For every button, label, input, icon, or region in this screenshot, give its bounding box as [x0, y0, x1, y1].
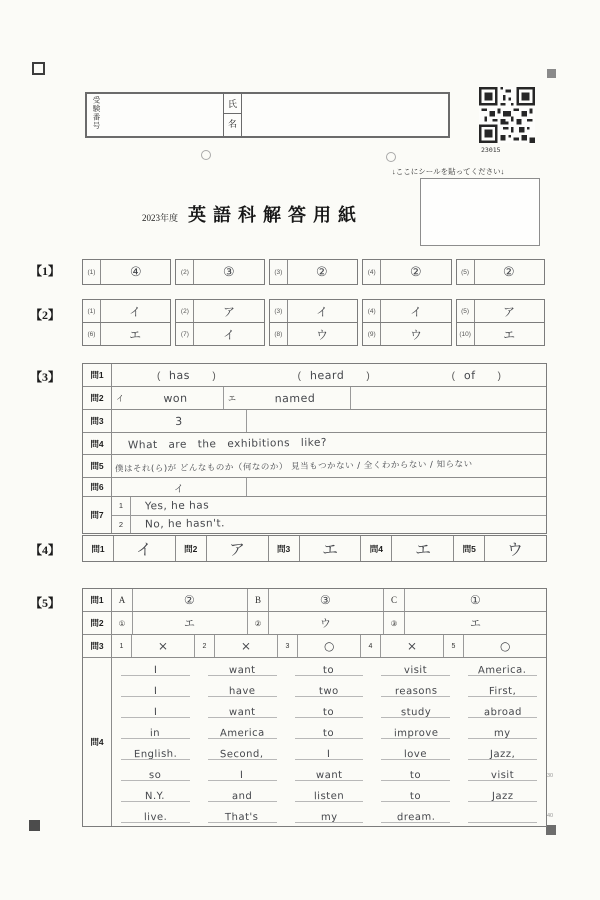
question-label: 問3	[269, 536, 300, 561]
s1-item: (2)③	[175, 259, 264, 285]
name-label-top: 氏	[224, 94, 241, 114]
seal-instruction: ↓ここにシールを貼ってください↓	[392, 166, 504, 177]
word-cell: Jazz	[459, 784, 546, 805]
question-label: 問1	[83, 536, 114, 561]
answer-cell: ○	[323, 639, 334, 653]
word-cell: my	[286, 805, 373, 826]
s2-item: (9)ウ	[362, 322, 451, 346]
answer-cell: ×	[241, 639, 252, 653]
s3-q5-row: 問5 僕はそれ(ら)が どんなものか（何なのか） 見当もつかない / 全くわから…	[83, 454, 546, 477]
answer-cell: ×	[158, 639, 169, 653]
question-label: 問4	[83, 433, 112, 454]
s3-q2-row: 問2 イ won エ named	[83, 386, 546, 409]
item-number: (4)	[363, 300, 381, 322]
word-cell: live.	[112, 805, 199, 826]
answer-cell: エ	[414, 537, 431, 560]
word-cell: Jazz,	[459, 742, 546, 763]
item-number: (2)	[176, 260, 194, 284]
sub-label: 3	[278, 635, 298, 657]
answer-cell: of	[464, 369, 476, 382]
section5-label: 【5】	[30, 594, 60, 611]
question-label: 問2	[176, 536, 207, 561]
s2-item: (7)イ	[175, 322, 264, 346]
answer-cell: ③	[223, 264, 235, 279]
s1-item: (5)②	[456, 259, 545, 285]
s2-item: (6)エ	[82, 322, 171, 346]
examinee-number-field	[104, 94, 223, 136]
answer-cell: Yes, he has	[131, 499, 209, 512]
s3-q3-row: 問3 3	[83, 409, 546, 432]
word-cell: I	[112, 679, 199, 700]
answer-cell: named	[240, 391, 350, 406]
answer-cell: ○	[499, 639, 510, 653]
s3-q1-row: 問1 ( has ) ( heard ) ( of )	[83, 364, 546, 386]
question-label: 問5	[454, 536, 485, 561]
word-cell: love	[372, 742, 459, 763]
answer-cell: ②	[184, 593, 195, 607]
s1-item: (3)②	[269, 259, 358, 285]
word-cell: to	[372, 784, 459, 805]
answer-cell: won	[128, 391, 223, 405]
corner-mark-bottom-right	[546, 825, 556, 835]
word-cell: America.	[459, 658, 546, 679]
item-number: (5)	[457, 260, 475, 284]
answer-cell: ア	[229, 537, 246, 560]
item-number: (8)	[270, 323, 288, 345]
answer-cell: ②	[410, 264, 422, 279]
word-cell: visit	[459, 763, 546, 784]
answer-cell: ①	[470, 593, 481, 607]
corner-mark-top-right	[547, 69, 556, 78]
item-number: (7)	[176, 323, 194, 345]
answer-cell: ウ	[410, 325, 423, 342]
s1-item: (1)④	[82, 259, 171, 285]
s3-q6-row: 問6 イ	[83, 477, 546, 496]
word-cell: dream.	[372, 805, 459, 826]
paren: )	[366, 371, 369, 382]
section3-table: 問1 ( has ) ( heard ) ( of ) 問2 イ won エ n…	[82, 363, 547, 534]
item-number: (5)	[457, 300, 475, 322]
s5-q3-row: 問3 1 × 2 × 3 ○ 4 × 5 ○	[83, 634, 546, 657]
answer-cell: イ	[223, 325, 236, 342]
section3-label: 【3】	[30, 368, 60, 385]
sub-label: ②	[248, 612, 269, 634]
word-cell: my	[459, 721, 546, 742]
s2-item: (5)ア	[456, 299, 545, 323]
s3-q7-row: 問7 1 Yes, he has 2 No, he hasn't.	[83, 496, 546, 533]
answer-cell: ×	[407, 639, 418, 653]
s2-item: (3)イ	[269, 299, 358, 323]
word-count-marker-30: 30	[547, 773, 553, 779]
answer-cell: ウ	[320, 615, 332, 631]
paren: (	[298, 371, 301, 382]
question-label: 問5	[83, 455, 112, 477]
word-cell: have	[199, 679, 286, 700]
item-number: (9)	[363, 323, 381, 345]
answer-cell: has	[169, 369, 190, 382]
word-cell: study	[372, 700, 459, 721]
sub-label: B	[248, 589, 269, 611]
s1-item: (4)②	[362, 259, 451, 285]
answer-cell: ア	[223, 302, 236, 319]
answer-cell: ④	[130, 264, 142, 279]
item-number: (1)	[83, 260, 101, 284]
word-cell: I	[286, 742, 373, 763]
word-cell: want	[199, 700, 286, 721]
question-label: 問2	[83, 612, 112, 634]
section5-table: 問1 A ② B ③ C ① 問2 ① エ ② ウ ③ エ 問3 1 ×	[82, 588, 547, 827]
sub-label: 2	[195, 635, 215, 657]
word-cell: want	[286, 763, 373, 784]
s5-q1-row: 問1 A ② B ③ C ①	[83, 589, 546, 611]
word-cell: to	[286, 700, 373, 721]
sub-label: イ	[112, 393, 128, 404]
sub-label: 5	[444, 635, 464, 657]
answer-cell: ウ	[316, 325, 329, 342]
word-cell: to	[286, 658, 373, 679]
item-number: (4)	[363, 260, 381, 284]
answer-cell: ア	[503, 302, 516, 319]
s2-item: (1)イ	[82, 299, 171, 323]
section2-label: 【2】	[30, 306, 60, 323]
sub-label: A	[112, 589, 133, 611]
word-cell: in	[112, 721, 199, 742]
answer-cell: ②	[503, 264, 515, 279]
question-label: 問3	[83, 410, 112, 432]
page-title: 英語科解答用紙	[188, 201, 363, 227]
word-cell: want	[199, 658, 286, 679]
word-cell: improve	[372, 721, 459, 742]
paren: )	[498, 371, 501, 382]
answer-cell: エ	[503, 325, 516, 342]
s2-row2: (6)エ (7)イ (8)ウ (9)ウ (10)エ	[82, 322, 545, 346]
question-label: 問2	[83, 387, 112, 409]
question-label: 問4	[361, 536, 392, 561]
question-label: 問4	[83, 658, 112, 826]
item-number: (1)	[83, 300, 101, 322]
scanned-answer-sheet: { "page": { "year": "2023年度", "title": "…	[0, 0, 600, 900]
sub-label: ③	[384, 612, 405, 634]
answer-cell: イ	[136, 537, 153, 560]
punch-hole-right	[386, 152, 396, 162]
word-cell: I	[112, 700, 199, 721]
sub-label: 1	[112, 497, 131, 515]
paren: (	[157, 371, 160, 382]
question-label: 問6	[83, 478, 112, 496]
word-cell: I	[199, 763, 286, 784]
s2-item: (8)ウ	[269, 322, 358, 346]
s3-q4-row: 問4 What are the exhibitions like?	[83, 432, 546, 454]
item-number: (3)	[270, 300, 288, 322]
answer-cell: No, he hasn't.	[131, 518, 225, 531]
paren: (	[452, 371, 455, 382]
name-box: 受験番号 氏 名	[85, 92, 450, 138]
word-cell: N.Y.	[112, 784, 199, 805]
qr-code	[479, 87, 535, 143]
word-cell: listen	[286, 784, 373, 805]
corner-mark-bottom-left	[29, 820, 40, 831]
punch-hole-left	[201, 150, 211, 160]
section1-label: 【1】	[30, 262, 60, 279]
answer-cell: エ	[184, 615, 196, 631]
answer-cell: ②	[316, 264, 328, 279]
item-number: (3)	[270, 260, 288, 284]
sub-label: 4	[361, 635, 381, 657]
answer-cell: What are the exhibitions like?	[128, 436, 327, 451]
answer-cell: イ	[316, 302, 329, 319]
answer-cell: 3	[112, 414, 246, 429]
s2-row1: (1)イ (2)ア (3)イ (4)イ (5)ア	[82, 299, 545, 323]
paren: )	[212, 371, 215, 382]
word-cell: visit	[372, 658, 459, 679]
word-cell: English.	[112, 742, 199, 763]
s2-item: (2)ア	[175, 299, 264, 323]
s2-item: (4)イ	[362, 299, 451, 323]
word-cell	[459, 805, 546, 826]
item-number: (10)	[457, 323, 475, 345]
name-field	[242, 94, 448, 136]
question-label: 問7	[83, 497, 112, 533]
qr-caption: 23015	[481, 146, 501, 154]
item-number: (2)	[176, 300, 194, 322]
answer-cell: イ	[129, 302, 142, 319]
word-cell: reasons	[372, 679, 459, 700]
item-number: (6)	[83, 323, 101, 345]
writing-grid: I want to visit America. I have two reas…	[112, 658, 546, 826]
word-cell: I	[112, 658, 199, 679]
section2-table: (1)イ (2)ア (3)イ (4)イ (5)ア (6)エ (7)イ (8)ウ …	[82, 299, 545, 346]
answer-cell: heard	[310, 369, 344, 382]
section4-label: 【4】	[30, 541, 60, 558]
sub-label: エ	[224, 393, 240, 404]
answer-cell: エ	[129, 325, 142, 342]
word-cell: America	[199, 721, 286, 742]
sub-label: ①	[112, 612, 133, 634]
answer-cell: エ	[470, 615, 482, 631]
s2-item: (10)エ	[456, 322, 545, 346]
s5-q4-row: 問4 I want to visit America. I have two r…	[83, 657, 546, 826]
word-cell: Second,	[199, 742, 286, 763]
word-cell: That's	[199, 805, 286, 826]
corner-mark-top-left	[32, 62, 45, 75]
answer-cell: イ	[112, 479, 246, 496]
year-label: 2023年度	[142, 211, 178, 224]
s5-q2-row: 問2 ① エ ② ウ ③ エ	[83, 611, 546, 634]
word-cell: two	[286, 679, 373, 700]
examinee-number-label: 受験番号	[88, 96, 103, 134]
answer-cell: 僕はそれ(ら)が どんなものか（何なのか） 見当もつかない / 全くわからない …	[115, 458, 473, 475]
name-label: 氏 名	[224, 94, 242, 136]
word-cell: to	[286, 721, 373, 742]
word-count-marker-40: 40	[547, 813, 553, 819]
answer-cell: イ	[410, 302, 423, 319]
word-cell: First,	[459, 679, 546, 700]
answer-cell: ③	[320, 593, 331, 607]
section4-table: 問1 イ 問2 ア 問3 エ 問4 エ 問5 ウ	[82, 535, 547, 562]
seal-box	[420, 178, 540, 246]
question-label: 問1	[83, 364, 112, 386]
sub-label: 1	[112, 635, 132, 657]
sub-label: 2	[112, 516, 131, 534]
answer-cell: ウ	[507, 537, 524, 560]
answer-cell: エ	[322, 537, 339, 560]
question-label: 問1	[83, 589, 112, 611]
sub-label: C	[384, 589, 405, 611]
name-label-bottom: 名	[224, 114, 241, 132]
word-cell: and	[199, 784, 286, 805]
word-cell: so	[112, 763, 199, 784]
word-cell: to	[372, 763, 459, 784]
word-cell: abroad	[459, 700, 546, 721]
question-label: 問3	[83, 635, 112, 657]
section1-table: (1)④ (2)③ (3)② (4)② (5)②	[82, 259, 545, 285]
